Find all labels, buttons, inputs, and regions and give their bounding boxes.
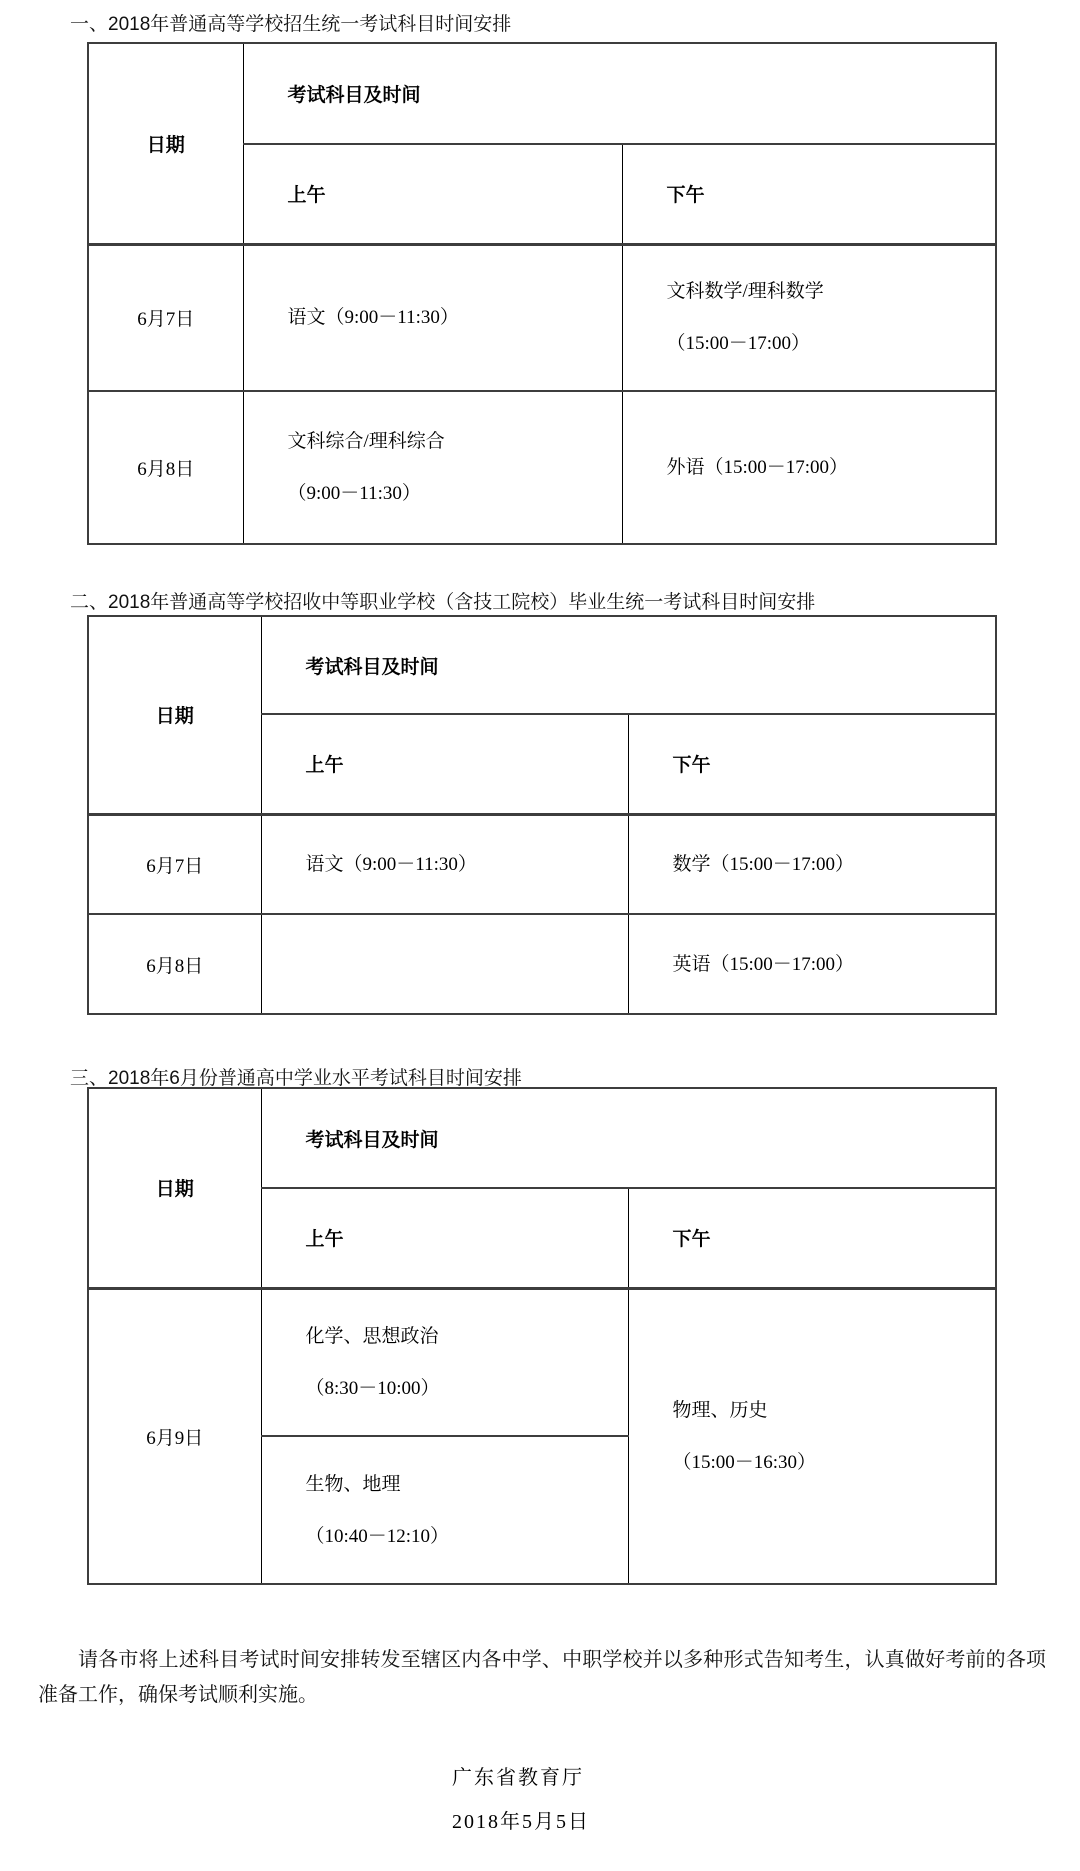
cell-morning-session-1: 化学、思想政治 （8:30－10:00）: [261, 1288, 628, 1436]
table-vocational-graduates-exam: 日期 考试科目及时间 上午 下午 6月7日 语文（9:00－11:30） 数学（…: [87, 615, 997, 1015]
cell-line: 语文（9:00－11:30）: [306, 853, 620, 876]
cell-afternoon: 数学（15:00－17:00）: [628, 814, 996, 914]
signature-issuer: 广东省教育厅: [452, 1766, 584, 1790]
header-afternoon: 下午: [628, 1188, 996, 1288]
section-2-heading: 二、2018年普通高等学校招收中等职业学校（含技工院校）毕业生统一考试科目时间安…: [70, 590, 815, 616]
cell-afternoon: 外语（15:00－17:00）: [622, 391, 996, 544]
cell-morning-empty: [261, 914, 628, 1014]
cell-morning: 文科综合/理科综合 （9:00－11:30）: [243, 391, 622, 544]
cell-afternoon: 文科数学/理科数学 （15:00－17:00）: [622, 244, 996, 391]
cell-line: 物理、历史: [673, 1399, 988, 1422]
cell-morning: 语文（9:00－11:30）: [243, 244, 622, 391]
cell-line: （9:00－11:30）: [288, 482, 614, 505]
header-subject-time: 考试科目及时间: [261, 1088, 996, 1188]
cell-afternoon: 英语（15:00－17:00）: [628, 914, 996, 1014]
header-date: 日期: [88, 43, 243, 244]
closing-paragraph: 请各市将上述科目考试时间安排转发至辖区内各中学、中职学校并以多种形式告知考生，认…: [38, 1643, 1046, 1713]
header-morning: 上午: [243, 144, 622, 244]
cell-line: 文科综合/理科综合: [288, 430, 614, 453]
table-college-entrance-exam: 日期 考试科目及时间 上午 下午 6月7日 语文（9:00－11:30） 文科数…: [87, 42, 997, 545]
signature-date: 2018年5月5日: [452, 1810, 590, 1834]
cell-line: （15:00－17:00）: [667, 332, 988, 355]
cell-date: 6月9日: [88, 1288, 261, 1584]
header-afternoon: 下午: [622, 144, 996, 244]
header-morning: 上午: [261, 1188, 628, 1288]
header-date: 日期: [88, 616, 261, 814]
cell-line: 化学、思想政治: [306, 1325, 620, 1348]
cell-date: 6月8日: [88, 914, 261, 1014]
cell-line: 语文（9:00－11:30）: [288, 306, 614, 329]
cell-afternoon: 物理、历史 （15:00－16:30）: [628, 1288, 996, 1584]
cell-line: （10:40－12:10）: [306, 1525, 620, 1548]
cell-line: 英语（15:00－17:00）: [673, 953, 988, 976]
cell-morning-session-2: 生物、地理 （10:40－12:10）: [261, 1436, 628, 1584]
cell-date: 6月7日: [88, 244, 243, 391]
section-1-heading: 一、2018年普通高等学校招生统一考试科目时间安排: [70, 12, 511, 38]
cell-line: 外语（15:00－17:00）: [667, 456, 988, 479]
cell-morning: 语文（9:00－11:30）: [261, 814, 628, 914]
cell-line: （8:30－10:00）: [306, 1377, 620, 1400]
header-morning: 上午: [261, 714, 628, 814]
notice-document-page: 一、2018年普通高等学校招生统一考试科目时间安排 日期 考试科目及时间 上午 …: [0, 0, 1080, 1871]
cell-date: 6月7日: [88, 814, 261, 914]
cell-line: 数学（15:00－17:00）: [673, 853, 988, 876]
header-subject-time: 考试科目及时间: [243, 43, 996, 144]
table-academic-proficiency-test: 日期 考试科目及时间 上午 下午 6月9日 化学、思想政治 （8:30－10:0…: [87, 1087, 997, 1585]
cell-line: 生物、地理: [306, 1473, 620, 1496]
header-subject-time: 考试科目及时间: [261, 616, 996, 714]
header-date: 日期: [88, 1088, 261, 1288]
cell-date: 6月8日: [88, 391, 243, 544]
cell-line: 文科数学/理科数学: [667, 280, 988, 303]
header-afternoon: 下午: [628, 714, 996, 814]
cell-line: （15:00－16:30）: [673, 1451, 988, 1474]
